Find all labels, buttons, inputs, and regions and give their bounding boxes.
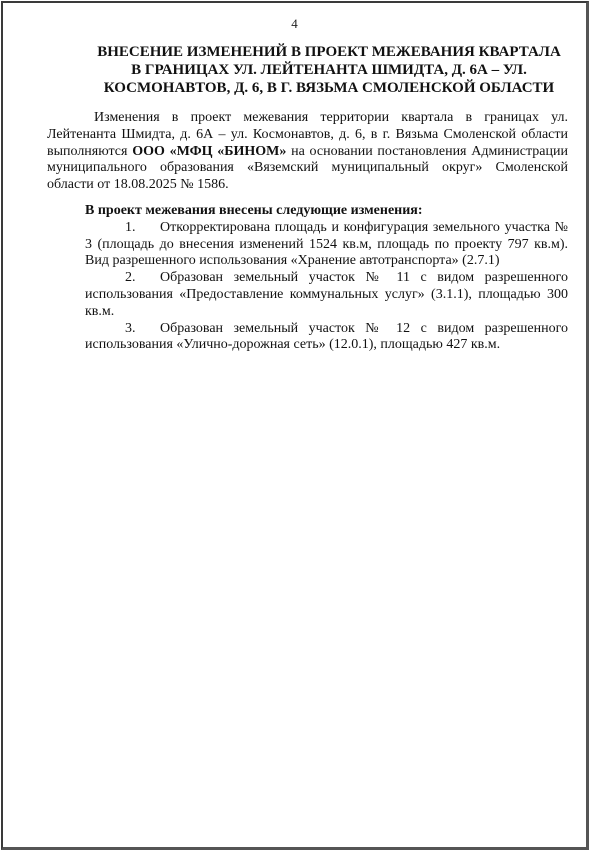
document-page: 4 ВНЕСЕНИЕ ИЗМЕНЕНИЙ В ПРОЕКТ МЕЖЕВАНИЯ … [1, 1, 589, 850]
title-line-3: КОСМОНАВТОВ, Д. 6, В Г. ВЯЗЬМА СМОЛЕНСКО… [69, 79, 589, 97]
intro-paragraph: Изменения в проект межевания территории … [47, 110, 568, 194]
document-title: ВНЕСЕНИЕ ИЗМЕНЕНИЙ В ПРОЕКТ МЕЖЕВАНИЯ КВ… [69, 43, 589, 97]
organization-name: ООО «МФЦ «БИНОМ» [132, 144, 286, 159]
change-item: 2.Образован земельный участок № 11 с вид… [85, 270, 568, 320]
title-line-1: ВНЕСЕНИЕ ИЗМЕНЕНИЙ В ПРОЕКТ МЕЖЕВАНИЯ КВ… [69, 43, 589, 61]
title-line-2: В ГРАНИЦАХ УЛ. ЛЕЙТЕНАНТА ШМИДТА, Д. 6А … [69, 61, 589, 79]
change-item-number: 3. [125, 321, 160, 338]
change-item: 3.Образован земельный участок № 12 с вид… [85, 321, 568, 355]
changes-heading: В проект межевания внесены следующие изм… [85, 203, 568, 220]
page-number: 4 [3, 16, 586, 32]
change-item-number: 2. [125, 270, 160, 287]
change-item-number: 1. [125, 220, 160, 237]
changes-section: В проект межевания внесены следующие изм… [85, 203, 568, 354]
change-item: 1.Откорректирована площадь и конфигураци… [85, 220, 568, 270]
